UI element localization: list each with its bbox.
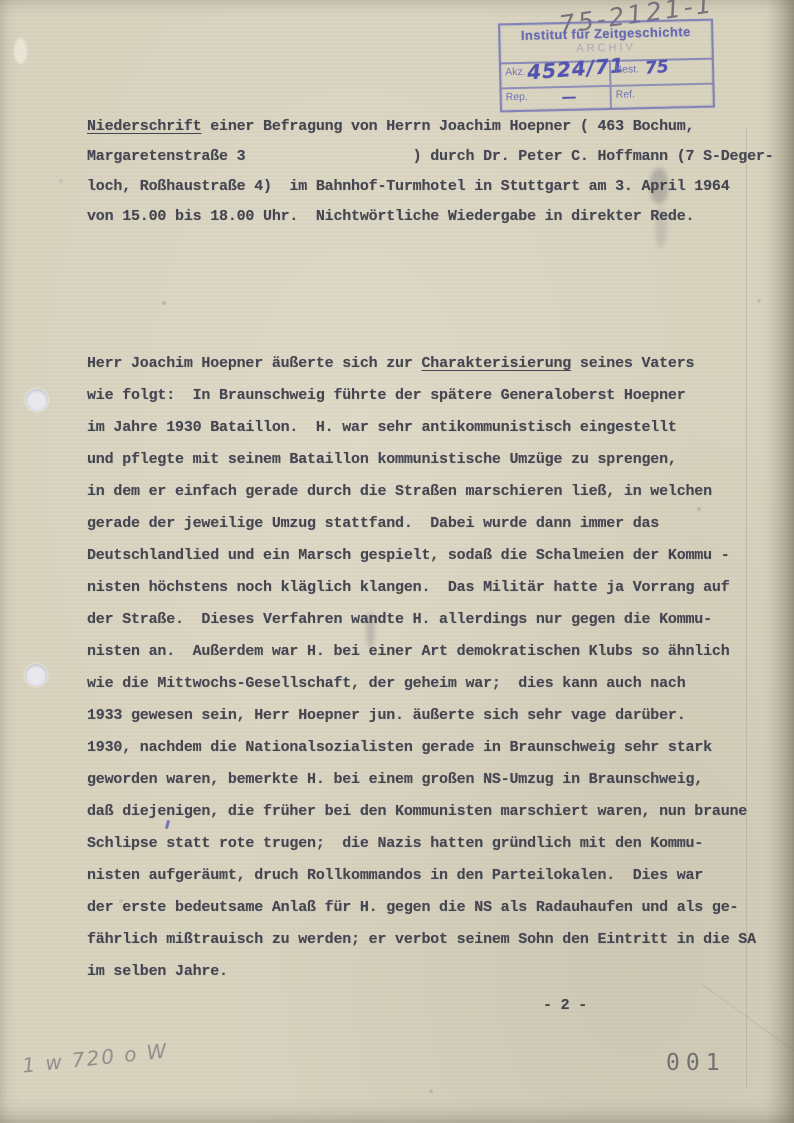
text-line: nisten aufgeräumt, druch Rollkommandos i… [87, 860, 756, 892]
text-line: loch, Roßhaustraße 4) im Bahnhof-Turmhot… [87, 172, 774, 202]
text-line: nisten an. Außerdem war H. bei einer Art… [87, 636, 756, 668]
stamp-field-best-value: 75 [644, 57, 669, 79]
stamp-field-akz: Akz. 4524/71 [501, 62, 612, 89]
text-line: Schlipse statt rote trugen; die Nazis ha… [87, 828, 756, 860]
punch-hole-bottom [25, 664, 47, 686]
text-line: der erste bedeutsame Anlaß für H. gegen … [87, 892, 756, 924]
text-line: Deutschlandlied und ein Marsch gespielt,… [87, 540, 756, 572]
page-number: - 2 - [543, 996, 587, 1016]
text-line: daß diejenigen, die früher bei den Kommu… [87, 796, 756, 828]
stamp-field-akz-label: Akz. [505, 66, 526, 78]
correction-spot [14, 38, 27, 64]
text-line: und pflegte mit seinem Bataillon kommuni… [87, 444, 756, 476]
text-line: wie folgt: In Braunschweig führte der sp… [87, 380, 756, 412]
text-line: Niederschrift einer Befragung von Herrn … [87, 112, 774, 142]
text-line: der Straße. Dieses Verfahren wandte H. a… [87, 604, 756, 636]
text-line: geworden waren, bemerkte H. bei einem gr… [87, 764, 756, 796]
stamp-fields-grid: Akz. 4524/71 Best. 75 Rep. — Ref. [501, 60, 713, 111]
scanned-document-page: 75-2121-1 Institut für Zeitgeschichte AR… [0, 0, 794, 1123]
paper-specks [0, 0, 2, 2]
text-line: im Jahre 1930 Bataillon. H. war sehr ant… [87, 412, 756, 444]
text-line: 1930, nachdem die Nationalsozialisten ge… [87, 732, 756, 764]
stamp-field-rep-label: Rep. [506, 91, 528, 104]
stamp-field-best: Best. 75 [611, 60, 713, 87]
text-line: Herr Joachim Hoepner äußerte sich zur Ch… [87, 348, 756, 380]
text-line: 1933 gewesen sein, Herr Hoepner jun. äuß… [87, 700, 756, 732]
text-line: fährlich mißtrauisch zu werden; er verbo… [87, 924, 756, 956]
foliation-stamp: 001 [666, 1050, 726, 1076]
text-line: wie die Mittwochs-Gesellschaft, der gehe… [87, 668, 756, 700]
document-body: Herr Joachim Hoepner äußerte sich zur Ch… [87, 348, 756, 988]
stamp-field-ref: Ref. [611, 85, 712, 108]
stamp-field-ref-label: Ref. [616, 88, 636, 100]
document-header: Niederschrift einer Befragung von Herrn … [87, 112, 774, 232]
stamp-field-best-label: Best. [615, 63, 639, 76]
text-line: gerade der jeweilige Umzug stattfand. Da… [87, 508, 756, 540]
text-line: nisten höchstens noch kläglich klangen. … [87, 572, 756, 604]
stamp-field-rep: Rep. — [502, 87, 612, 110]
punch-hole-top [26, 389, 48, 411]
text-line: von 15.00 bis 18.00 Uhr. Nichtwörtliche … [87, 202, 774, 232]
stamp-field-rep-value: — [561, 88, 576, 106]
text-line: in dem er einfach gerade durch die Straß… [87, 476, 756, 508]
text-line: Margaretenstraße 3 ) durch Dr. Peter C. … [87, 142, 774, 172]
archive-stamp: Institut für Zeitgeschichte ARCHIV Akz. … [498, 19, 715, 113]
pencil-note-bottom-left: 1 w 720 o W [21, 1038, 169, 1077]
text-line: im selben Jahre. [87, 956, 756, 988]
